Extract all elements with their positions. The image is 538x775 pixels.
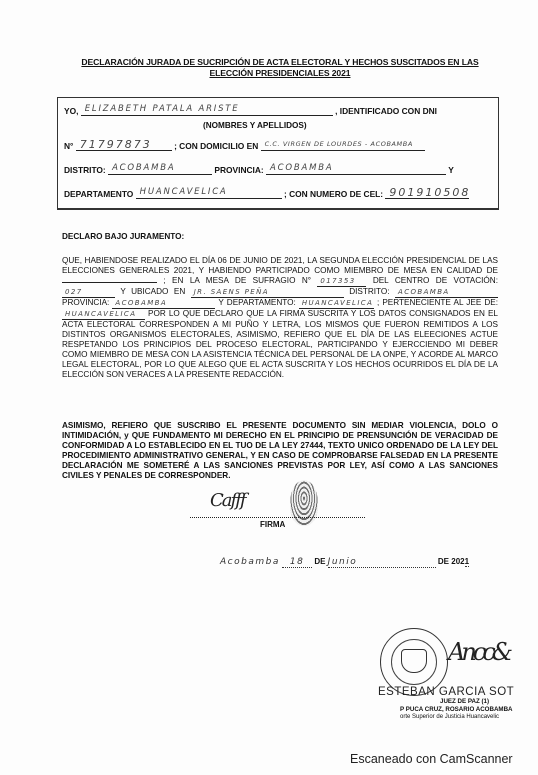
p1-text-b: ; EN LA MESA DE SUFRAGIO N°: [163, 276, 311, 285]
oath-paragraph-2: ASIMISMO, REFIERO QUE SUSCRIBO EL PRESEN…: [62, 421, 498, 481]
district-label: DISTRITO:: [64, 165, 106, 175]
province-label: PROVINCIA:: [214, 165, 263, 175]
ubicado-field: Jr. Saens Peña: [191, 288, 344, 298]
department-label: DEPARTAMENTO: [64, 189, 133, 199]
oath-heading: DECLARO BAJO JURAMENTO:: [62, 232, 498, 242]
judge-role: JUEZ DE PAZ (1): [440, 698, 489, 705]
signature-line: [190, 517, 365, 518]
name-hint: (NOMBRES Y APELLIDOS): [203, 121, 307, 130]
date-de-label: DE: [314, 557, 325, 566]
date-year-suffix: 1: [465, 557, 469, 566]
p1-district-field: Acobamba: [395, 288, 498, 298]
location-row: DISTRITO: Acobamba PROVINCIA: Acobamba Y: [64, 163, 454, 175]
p2-text: ASIMISMO, REFIERO QUE SUSCRIBO EL PRESEN…: [62, 421, 498, 480]
district-field: Acobamba: [108, 163, 212, 175]
dni-label: , IDENTIFICADO CON DNI: [335, 106, 437, 116]
dni-row: N° 71797873 ; CON DOMICILIO EN C.C. Virg…: [64, 139, 425, 151]
dni-field: 71797873: [76, 139, 172, 151]
date-month: Junio: [328, 557, 358, 567]
province-field: Acobamba: [266, 163, 446, 175]
judge-stamp: Ancc& ESTEBAN GARCIA SOT JUEZ DE PAZ (1)…: [378, 628, 528, 728]
name-field: Elizabeth Patala Ariste: [81, 104, 333, 116]
p1-department-label: DEPARTAMENTO:: [227, 298, 296, 307]
p1-district-label: DISTRITO:: [349, 287, 389, 296]
mesa-field: 017353: [317, 277, 366, 287]
camscanner-watermark: Escaneado con CamScanner: [350, 752, 513, 766]
document-title: DECLARACIÓN JURADA DE SUCRIPCIÓN DE ACTA…: [70, 57, 490, 79]
judge-place: P PUCA CRUZ, ROSARIO ACOBAMBA: [400, 706, 513, 713]
p1-y-label: Y: [218, 298, 223, 307]
address-label: ; CON DOMICILIO EN: [174, 141, 258, 151]
judge-name: ESTEBAN GARCIA SOT: [378, 686, 514, 698]
judge-court: orte Superior de Justicia Huancavelic: [400, 714, 499, 720]
date-year-prefix: DE 202: [438, 557, 465, 566]
p1-text-c: DEL CENTRO DE VOTACIÓN:: [373, 276, 498, 285]
signature-area: Cafff FIRMA: [190, 480, 370, 540]
y-label: Y: [448, 165, 454, 175]
yo-label: YO,: [64, 106, 78, 116]
jee-label: ; PERTENECIENTE AL JEE DE:: [377, 298, 498, 307]
scanned-page: DECLARACIÓN JURADA DE SUCRIPCIÓN DE ACTA…: [0, 0, 538, 775]
department-row: DEPARTAMENTO Huancavelica ; CON NUMERO D…: [64, 187, 469, 199]
coat-of-arms-icon: [401, 649, 427, 673]
p1-department-field: Huancavelica: [299, 299, 374, 309]
p1-text-e: POR LO QUE DECLARO QUE LA FIRMA SUSCRITA…: [62, 309, 498, 379]
title-line-1: DECLARACIÓN JURADA DE SUCRIPCIÓN DE ACTA…: [70, 57, 490, 68]
p1-text-a: QUE, HABIENDOSE REALIZADO EL DÍA 06 DE J…: [62, 256, 498, 275]
name-row: YO, Elizabeth Patala Ariste , IDENTIFICA…: [64, 104, 437, 116]
phone-field: 901910508: [385, 187, 469, 199]
handwritten-signature: Cafff: [210, 490, 245, 511]
jee-field: Huancavelica: [62, 310, 145, 320]
phone-label: ; CON NUMERO DE CEL:: [284, 189, 383, 199]
identity-box: YO, Elizabeth Patala Ariste , IDENTIFICA…: [57, 97, 499, 210]
firma-label: FIRMA: [260, 520, 285, 529]
date-day: 18: [290, 557, 304, 567]
title-line-2: ELECCIÓN PRESIDENCIALES 2021: [70, 68, 490, 79]
oath-paragraph-1: QUE, HABIENDOSE REALIZADO EL DÍA 06 DE J…: [62, 256, 498, 380]
centro-field: 027: [62, 288, 115, 298]
department-field: Huancavelica: [136, 187, 282, 199]
p1-text-d: Y UBICADO EN: [120, 287, 185, 296]
oath-heading-block: DECLARO BAJO JURAMENTO:: [62, 232, 498, 242]
role-field: [62, 282, 157, 283]
p1-province-label: PROVINCIA:: [62, 298, 109, 307]
dni-number-label: N°: [64, 141, 73, 151]
date-line: Acobamba 18 DE Junio DE 2021: [220, 557, 469, 568]
judge-signature: Ancc&: [448, 638, 509, 666]
fingerprint-icon: [290, 480, 318, 526]
p1-province-field: Acobamba: [112, 299, 215, 309]
date-place: Acobamba: [220, 557, 280, 567]
address-field: C.C. Virgen de Lourdes - Acobamba: [261, 139, 425, 151]
